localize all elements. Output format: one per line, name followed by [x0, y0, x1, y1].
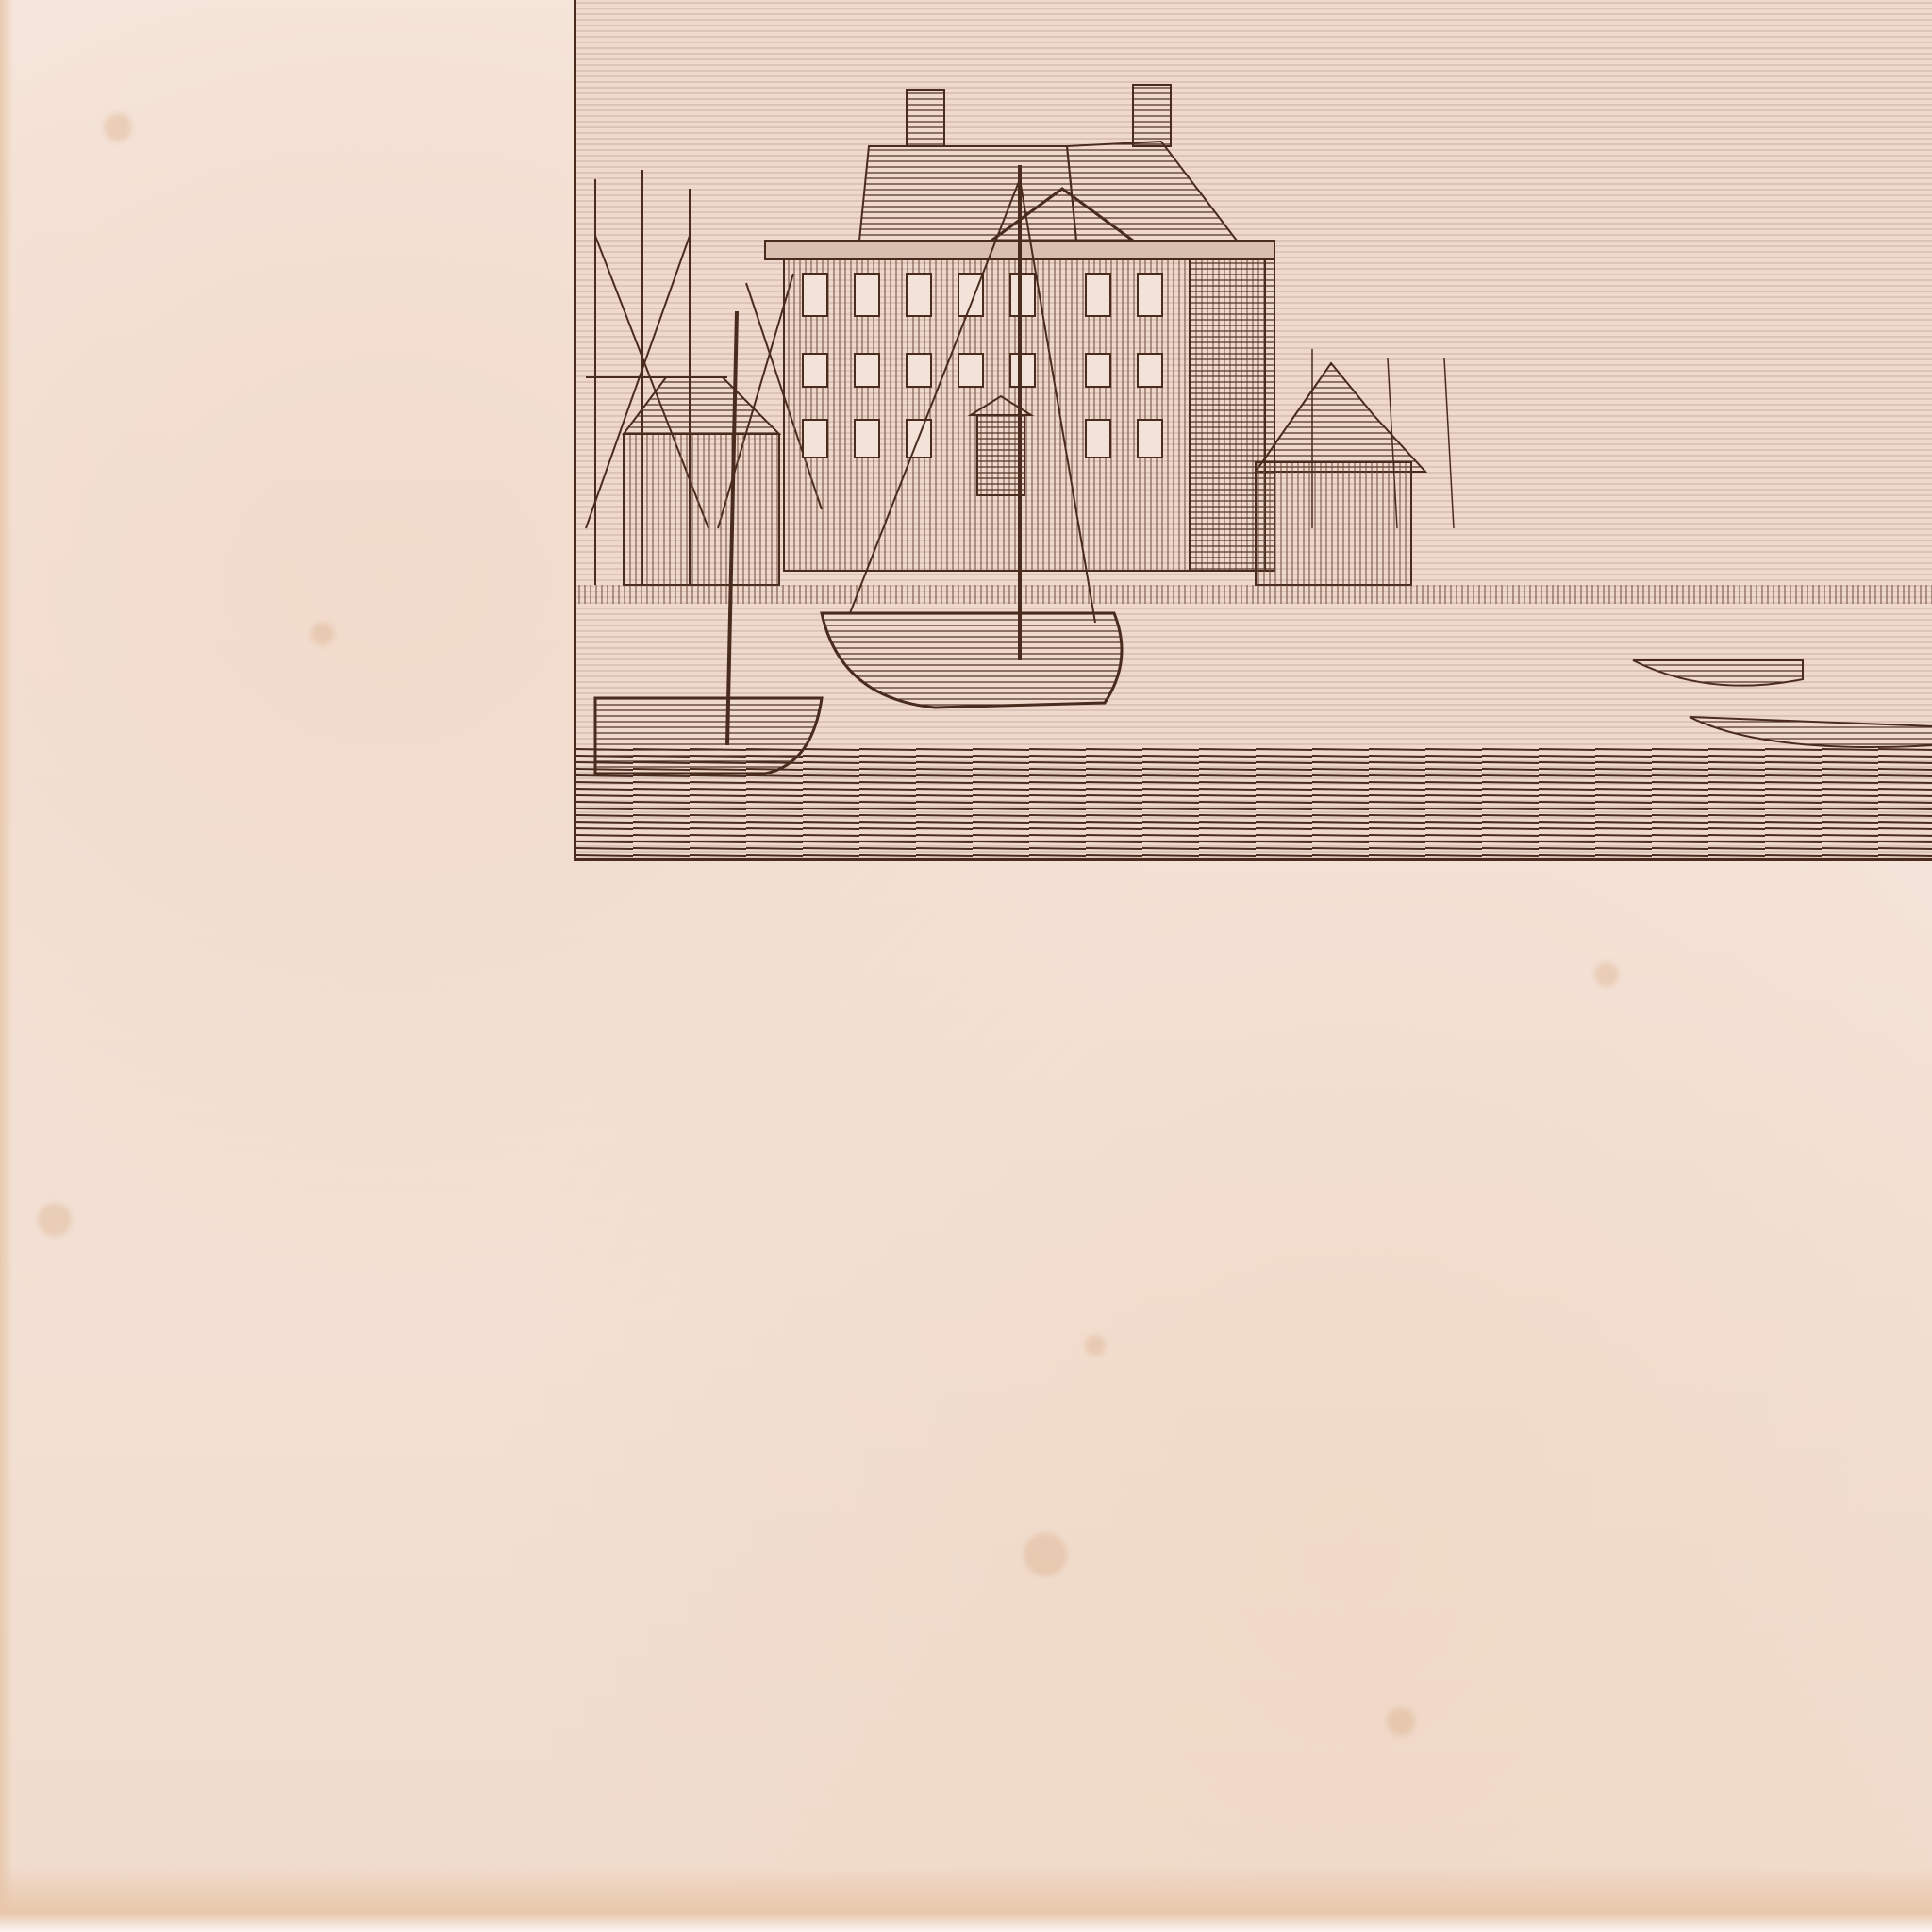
quay-palisade [576, 585, 1932, 604]
foxing-spot [1594, 962, 1619, 987]
foxing-spot [311, 623, 334, 645]
foxing-spot [38, 1203, 72, 1237]
foxing-spot [104, 113, 132, 142]
foxing-spot [1085, 1335, 1106, 1356]
engraving-illustration [576, 0, 1932, 861]
foxing-spot [1387, 1707, 1415, 1736]
paper-left-edge [0, 0, 13, 1932]
paper-bottom-edge [0, 1866, 1932, 1932]
engraving-plate [574, 0, 1932, 861]
water-foreground [576, 745, 1932, 861]
foxing-spot [1024, 1533, 1067, 1576]
